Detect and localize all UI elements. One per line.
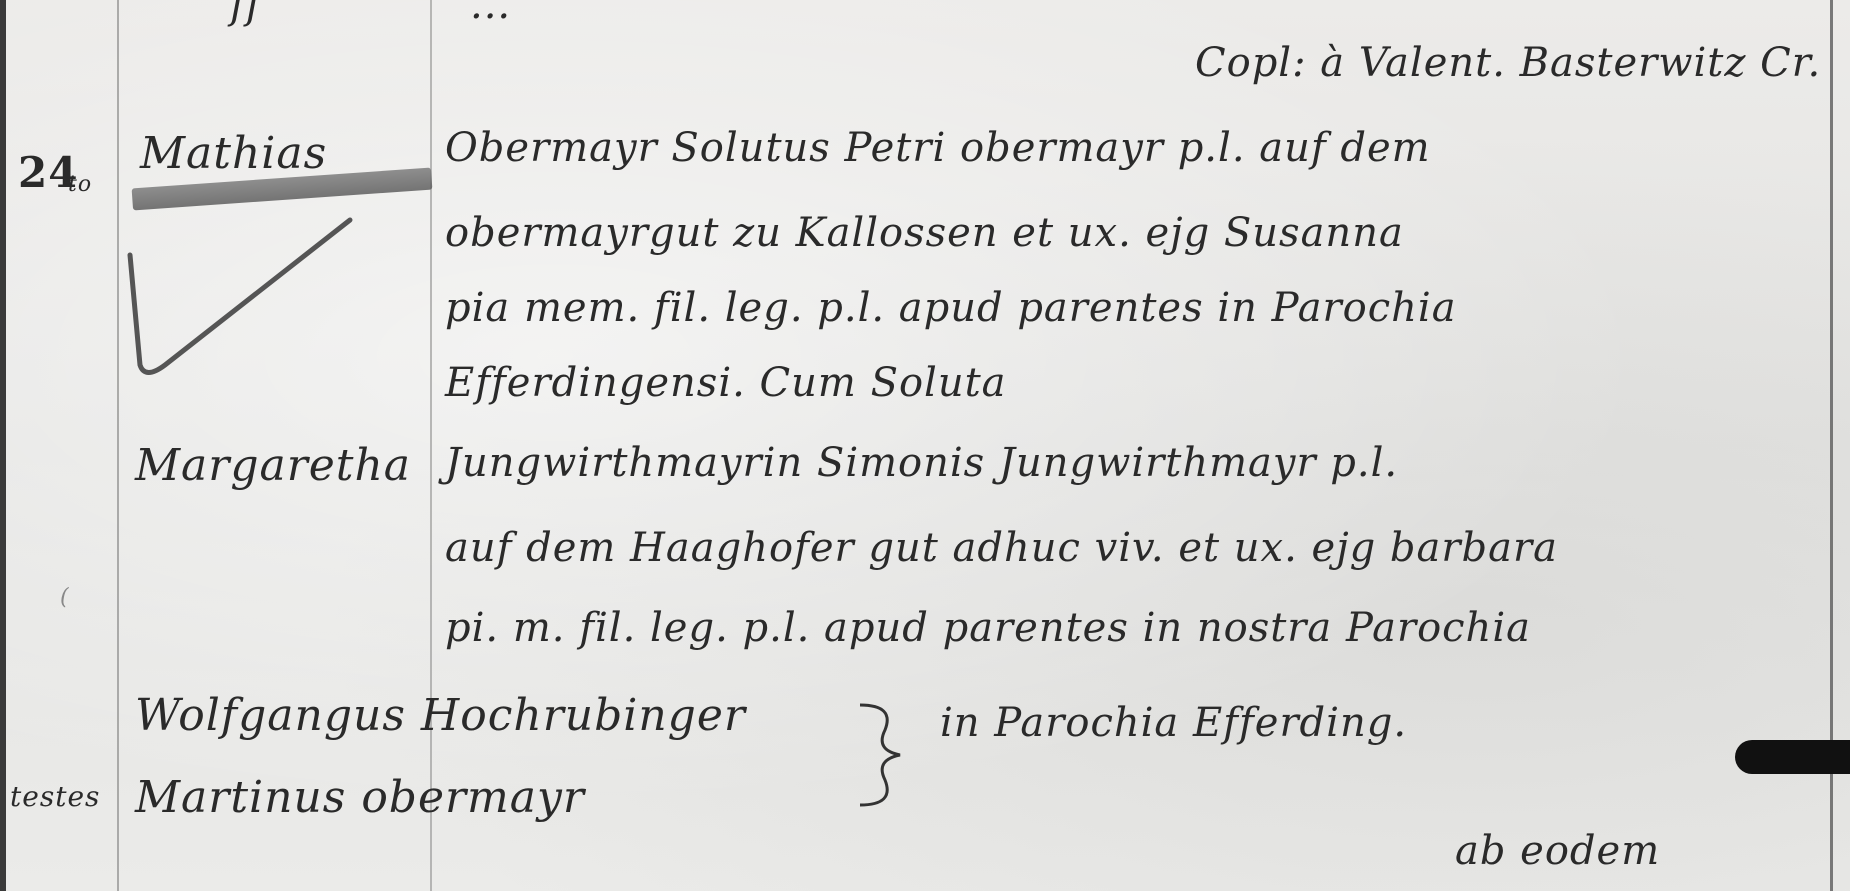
bride-line: Jungwirthmayrin Simonis Jungwirthmayr p.… [445, 440, 1398, 486]
page-edge [0, 0, 6, 891]
officiant-note: Copl: à Valent. Basterwitz Cr. [1195, 40, 1821, 86]
brace-icon [855, 700, 905, 810]
witnesses-label: testes [10, 780, 100, 813]
witness-name: Martinus obermayr [135, 772, 585, 823]
bride-line: auf dem Haaghofer gut adhuc viv. et ux. … [445, 525, 1558, 571]
witness-note: in Parochia Efferding. [940, 700, 1407, 746]
groom-line: Obermayr Solutus Petri obermayr p.l. auf… [445, 125, 1431, 171]
margin-rule-left [117, 0, 119, 891]
witness-name: Wolfgangus Hochrubinger [135, 690, 746, 741]
bride-given-name: Margaretha [135, 440, 411, 491]
previous-entry-fragment: ... [470, 0, 511, 28]
margin-mark: ( [60, 585, 69, 610]
entry-number-suffix: to [68, 172, 92, 197]
closing-note: ab eodem [1455, 828, 1660, 874]
checkmark-icon [125, 215, 355, 385]
bride-line: pi. m. fil. leg. p.l. apud parentes in n… [445, 605, 1531, 651]
groom-line: Efferdingensi. Cum Soluta [445, 360, 1007, 406]
margin-rule-names [430, 0, 432, 891]
groom-line: obermayrgut zu Kallossen et ux. ejg Susa… [445, 210, 1404, 256]
groom-given-name: Mathias [140, 128, 327, 179]
previous-entry-fragment: ff [230, 0, 262, 28]
page-pointer-tab [1735, 740, 1850, 774]
groom-line: pia mem. fil. leg. p.l. apud parentes in… [445, 285, 1457, 331]
register-page: ff ... Copl: à Valent. Basterwitz Cr. 24… [0, 0, 1850, 891]
